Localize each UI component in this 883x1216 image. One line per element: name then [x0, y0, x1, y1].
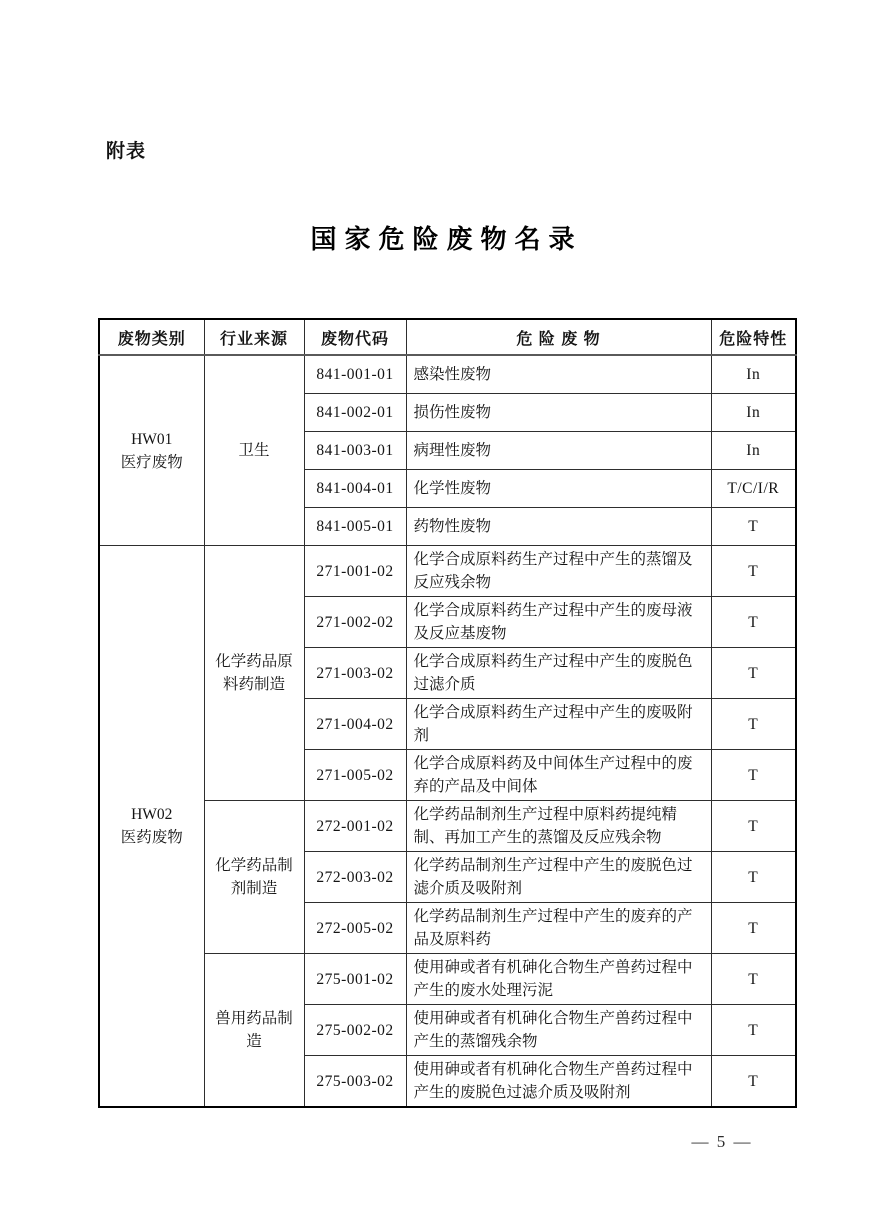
- table-row: HW02医药废物化学药品原料药制造271-001-02化学合成原料药生产过程中产…: [99, 546, 796, 597]
- industry-source-cell: 化学药品制剂制造: [204, 801, 304, 954]
- hazard-property-cell: In: [711, 432, 796, 470]
- waste-code-cell: 275-003-02: [304, 1056, 406, 1108]
- hazard-property-cell: In: [711, 394, 796, 432]
- waste-code-cell: 271-004-02: [304, 699, 406, 750]
- hazard-property-cell: T: [711, 546, 796, 597]
- hazard-property-cell: T/C/I/R: [711, 470, 796, 508]
- hazard-property-cell: T: [711, 954, 796, 1005]
- waste-code-cell: 275-002-02: [304, 1005, 406, 1056]
- table-header-row: 废物类别 行业来源 废物代码 危 险 废 物 危险特性: [99, 319, 796, 355]
- hazardous-waste-cell: 感染性废物: [406, 355, 711, 394]
- hazard-property-cell: T: [711, 1005, 796, 1056]
- hazard-property-cell: T: [711, 852, 796, 903]
- waste-code-cell: 841-001-01: [304, 355, 406, 394]
- category-name: 医疗废物: [104, 451, 200, 474]
- waste-code-cell: 272-001-02: [304, 801, 406, 852]
- hazard-property-cell: T: [711, 508, 796, 546]
- hazardous-waste-cell: 使用砷或者有机砷化合物生产兽药过程中产生的废水处理污泥: [406, 954, 711, 1005]
- table-body: HW01医疗废物卫生841-001-01感染性废物In841-002-01损伤性…: [99, 355, 796, 1107]
- industry-source-cell: 卫生: [204, 355, 304, 546]
- hazard-property-cell: T: [711, 648, 796, 699]
- header-hazardous-waste: 危 险 废 物: [406, 319, 711, 355]
- waste-category-cell: HW01医疗废物: [99, 355, 204, 546]
- industry-source-cell: 兽用药品制造: [204, 954, 304, 1108]
- hazardous-waste-cell: 化学合成原料药生产过程中产生的废母液及反应基废物: [406, 597, 711, 648]
- attachment-label: 附表: [106, 136, 146, 163]
- table-row: 兽用药品制造275-001-02使用砷或者有机砷化合物生产兽药过程中产生的废水处…: [99, 954, 796, 1005]
- industry-source-cell: 化学药品原料药制造: [204, 546, 304, 801]
- hazard-property-cell: T: [711, 903, 796, 954]
- table-row: HW01医疗废物卫生841-001-01感染性废物In: [99, 355, 796, 394]
- hazardous-waste-cell: 化学合成原料药生产过程中产生的废脱色过滤介质: [406, 648, 711, 699]
- hazardous-waste-cell: 化学合成原料药生产过程中产生的蒸馏及反应残余物: [406, 546, 711, 597]
- waste-code-cell: 841-003-01: [304, 432, 406, 470]
- hazardous-waste-cell: 化学合成原料药生产过程中产生的废吸附剂: [406, 699, 711, 750]
- document-page: 附表 国家危险废物名录 废物类别 行业来源 废物代码 危 险 废 物 危险特性 …: [0, 0, 883, 1216]
- waste-code-cell: 271-003-02: [304, 648, 406, 699]
- waste-code-cell: 841-002-01: [304, 394, 406, 432]
- hazardous-waste-table: 废物类别 行业来源 废物代码 危 险 废 物 危险特性 HW01医疗废物卫生84…: [98, 318, 797, 1108]
- hazardous-waste-cell: 化学性废物: [406, 470, 711, 508]
- hazard-property-cell: T: [711, 597, 796, 648]
- category-code: HW02: [104, 803, 200, 826]
- hazardous-waste-cell: 化学药品制剂生产过程中产生的废脱色过滤介质及吸附剂: [406, 852, 711, 903]
- header-waste-code: 废物代码: [304, 319, 406, 355]
- hazardous-waste-cell: 化学药品制剂生产过程中产生的废弃的产品及原料药: [406, 903, 711, 954]
- waste-code-cell: 271-002-02: [304, 597, 406, 648]
- hazardous-waste-cell: 病理性废物: [406, 432, 711, 470]
- hazardous-waste-cell: 药物性废物: [406, 508, 711, 546]
- waste-code-cell: 272-005-02: [304, 903, 406, 954]
- hazardous-waste-cell: 使用砷或者有机砷化合物生产兽药过程中产生的废脱色过滤介质及吸附剂: [406, 1056, 711, 1108]
- hazard-property-cell: T: [711, 1056, 796, 1108]
- header-industry-source: 行业来源: [204, 319, 304, 355]
- header-hazard-property: 危险特性: [711, 319, 796, 355]
- hazardous-waste-cell: 损伤性废物: [406, 394, 711, 432]
- waste-code-cell: 271-005-02: [304, 750, 406, 801]
- hazardous-waste-cell: 化学药品制剂生产过程中原料药提纯精制、再加工产生的蒸馏及反应残余物: [406, 801, 711, 852]
- waste-code-cell: 841-005-01: [304, 508, 406, 546]
- hazard-property-cell: In: [711, 355, 796, 394]
- page-title: 国家危险废物名录: [98, 219, 795, 256]
- hazard-property-cell: T: [711, 750, 796, 801]
- hazard-property-cell: T: [711, 801, 796, 852]
- waste-code-cell: 275-001-02: [304, 954, 406, 1005]
- waste-code-cell: 271-001-02: [304, 546, 406, 597]
- category-name: 医药废物: [104, 826, 200, 849]
- hazard-property-cell: T: [711, 699, 796, 750]
- waste-code-cell: 272-003-02: [304, 852, 406, 903]
- header-waste-category: 废物类别: [99, 319, 204, 355]
- table-row: 化学药品制剂制造272-001-02化学药品制剂生产过程中原料药提纯精制、再加工…: [99, 801, 796, 852]
- hazardous-waste-cell: 化学合成原料药及中间体生产过程中的废弃的产品及中间体: [406, 750, 711, 801]
- category-code: HW01: [104, 428, 200, 451]
- hazardous-waste-cell: 使用砷或者有机砷化合物生产兽药过程中产生的蒸馏残余物: [406, 1005, 711, 1056]
- waste-category-cell: HW02医药废物: [99, 546, 204, 1108]
- waste-code-cell: 841-004-01: [304, 470, 406, 508]
- page-number: — 5 —: [642, 1132, 802, 1152]
